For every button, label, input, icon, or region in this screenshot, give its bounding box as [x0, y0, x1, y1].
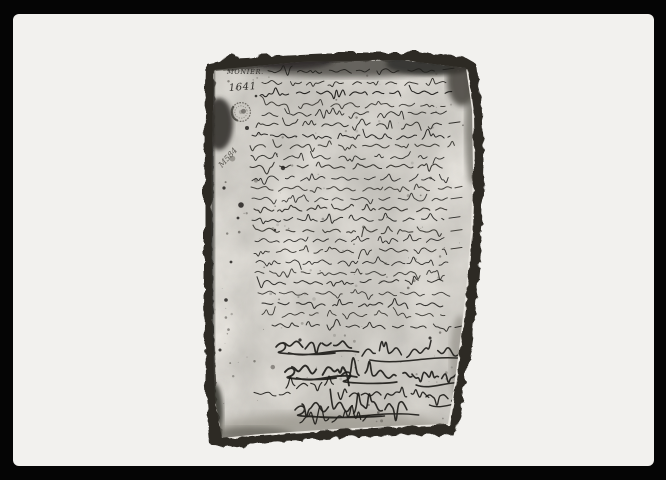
foxing-spot: [355, 354, 356, 355]
ink-blot: [255, 95, 258, 98]
ink-blot: [238, 202, 244, 208]
foxing-spot: [380, 419, 383, 422]
foxing-spot: [214, 309, 216, 311]
foxing-spot: [222, 288, 223, 289]
foxing-spot: [400, 362, 401, 363]
foxing-spot: [411, 162, 414, 165]
foxing-spot: [401, 97, 402, 98]
foxing-spot: [291, 164, 293, 166]
foxing-spot: [225, 316, 228, 319]
foxing-spot: [310, 269, 312, 271]
foxing-spot: [434, 356, 435, 357]
foxing-spot: [355, 284, 358, 287]
foxing-spot: [407, 287, 410, 290]
foxing-spot: [366, 75, 368, 77]
ink-blot: [298, 338, 301, 341]
foxing-spot: [259, 238, 260, 239]
foxing-spot: [225, 181, 227, 183]
foxing-spot: [323, 188, 324, 189]
foxing-spot: [225, 308, 226, 309]
foxing-spot: [361, 326, 362, 327]
foxing-spot: [317, 174, 319, 176]
foxing-spot: [316, 367, 317, 368]
foxing-spot: [307, 377, 308, 378]
paper-stain-patches: [200, 48, 492, 448]
foxing-spot: [420, 228, 421, 229]
ink-blot: [219, 349, 222, 352]
foxing-spot: [351, 254, 352, 255]
foxing-spot: [256, 77, 258, 79]
foxing-spot: [353, 243, 355, 245]
foxing-spot: [398, 123, 399, 124]
foxing-spot: [355, 116, 357, 118]
foxing-spot: [226, 232, 228, 234]
foxing-spot: [439, 255, 441, 257]
foxing-spot: [238, 231, 241, 234]
foxing-spot: [319, 66, 320, 67]
foxing-spot: [339, 378, 342, 381]
foxing-spot: [342, 250, 343, 251]
foxing-spot: [227, 333, 228, 334]
foxing-spot: [379, 84, 380, 85]
foxing-spot: [297, 296, 299, 298]
foxing-spot: [355, 130, 358, 133]
foxing-spot: [422, 227, 423, 228]
foxing-spot: [378, 120, 381, 123]
foxing-spot: [281, 327, 283, 329]
foxing-spot: [333, 334, 336, 337]
foxing-spot: [435, 73, 437, 75]
foxing-spot: [459, 242, 460, 243]
ink-blot: [230, 261, 233, 264]
foxing-spot: [436, 107, 437, 108]
foxing-spot: [231, 313, 233, 315]
ink-blot: [224, 298, 228, 302]
foxing-spot: [353, 340, 356, 343]
foxing-spot: [436, 381, 437, 382]
foxing-spot: [319, 270, 321, 272]
foxing-spot: [354, 111, 355, 112]
foxing-spot: [345, 130, 347, 132]
foxing-spot: [281, 136, 283, 138]
foxing-spot: [246, 212, 248, 214]
foxing-spot: [271, 365, 275, 369]
ink-blot: [245, 126, 249, 130]
margin-archive-name: MONIER.: [226, 68, 264, 76]
ink-blot: [237, 217, 240, 220]
foxing-spot: [354, 274, 355, 275]
ink-blot: [429, 337, 432, 340]
foxing-spot: [288, 228, 290, 230]
foxing-spot: [232, 375, 234, 377]
foxing-spot: [257, 400, 258, 401]
foxing-spot: [416, 373, 418, 375]
foxing-spot: [263, 266, 265, 268]
foxing-spot: [322, 218, 325, 221]
foxing-spot: [386, 217, 387, 218]
foxing-spot: [274, 205, 276, 207]
foxing-spot: [386, 276, 388, 278]
foxing-spot: [229, 362, 231, 364]
foxing-spot: [335, 99, 337, 101]
foxing-spot: [284, 225, 285, 226]
foxing-spot: [450, 104, 452, 106]
foxing-spot: [238, 362, 239, 363]
foxing-spot: [227, 328, 230, 331]
foxing-spot: [375, 137, 376, 138]
foxing-spot: [280, 192, 281, 193]
foxing-spot: [214, 151, 215, 152]
foxing-spot: [215, 247, 216, 248]
foxing-spot: [315, 132, 317, 134]
foxing-spot: [301, 322, 304, 325]
foxing-spot: [462, 125, 463, 126]
foxing-spot: [451, 366, 453, 368]
foxing-spot: [223, 403, 224, 404]
scan-canvas: MONIER. 1641 M584: [0, 0, 666, 480]
foxing-spot: [337, 374, 339, 376]
foxing-spot: [225, 343, 226, 344]
foxing-spot: [428, 381, 429, 382]
foxing-spot: [376, 421, 378, 423]
foxing-spot: [269, 292, 272, 295]
foxing-spot: [358, 360, 359, 361]
foxing-spot: [377, 411, 380, 414]
foxing-spot: [341, 356, 342, 357]
foxing-spot: [246, 356, 248, 358]
foxing-spot: [444, 247, 445, 248]
foxing-spot: [442, 418, 444, 420]
microfilm-frame: MONIER. 1641 M584: [0, 0, 666, 480]
foxing-spot: [276, 223, 279, 226]
ink-blot: [222, 186, 225, 189]
foxing-spot: [263, 329, 264, 330]
foxing-spot: [439, 331, 441, 333]
foxing-spot: [344, 334, 346, 336]
manuscript-page: MONIER. 1641 M584: [200, 47, 492, 451]
foxing-spot: [420, 195, 422, 197]
foxing-spot: [243, 213, 244, 214]
foxing-spot: [253, 360, 255, 362]
foxing-spot: [268, 76, 269, 77]
foxing-spot: [408, 257, 409, 258]
foxing-spot: [278, 299, 280, 301]
foxing-spot: [312, 297, 316, 301]
margin-year-label: 1641: [228, 81, 257, 94]
foxing-spot: [308, 65, 310, 67]
foxing-spot: [457, 70, 459, 72]
